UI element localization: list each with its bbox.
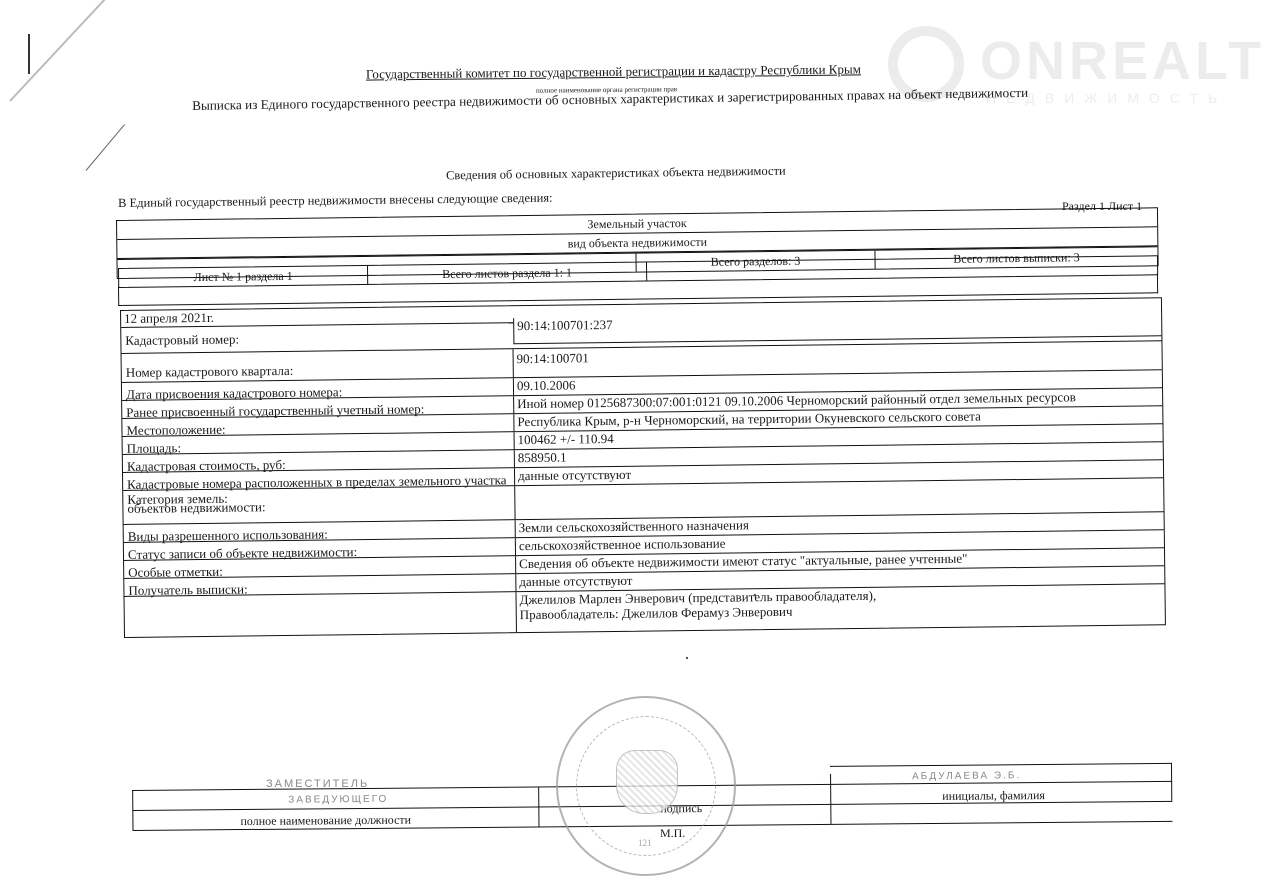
sig-vline <box>538 786 539 826</box>
row-label-empty <box>125 592 517 637</box>
sig-line <box>830 763 1172 767</box>
property-details-table: 12 апреля 2021г. Кадастровый номер: 90:1… <box>120 297 1166 638</box>
seal-number: 121 <box>638 838 652 848</box>
scan-artifact-line <box>28 34 30 74</box>
name-caption: инициалы, фамилия <box>942 788 1045 804</box>
sig-vline <box>830 774 831 824</box>
scan-speck <box>686 657 688 659</box>
row-label: Номер кадастрового квартала: <box>122 349 514 382</box>
watermark-brand: ONREALT <box>980 30 1265 92</box>
row-label: Категория земель: <box>123 486 515 524</box>
coat-of-arms-icon <box>616 750 678 814</box>
scan-artifact-line <box>86 124 125 171</box>
intro-text: В Единый государственный реестр недвижим… <box>118 191 553 211</box>
position-stamp-line-2: ЗАВЕДУЮЩЕГО <box>288 794 388 806</box>
name-stamp: АБДУЛАЕВА Э.Б. <box>912 770 1021 782</box>
sig-vline <box>1171 763 1172 801</box>
position-caption: полное наименование должности <box>240 813 411 829</box>
section-title: Сведения об основных характеристиках объ… <box>446 164 786 184</box>
row-label: Кадастровый номер: <box>121 322 513 349</box>
registration-authority: Государственный комитет по государственн… <box>366 61 861 82</box>
scan-speck <box>754 594 756 596</box>
row-value: Джелилов Марлен Энверович (представитель… <box>516 584 1164 632</box>
sig-vline <box>132 790 133 830</box>
seal-caption: М.П. <box>660 826 685 841</box>
scan-artifact-line <box>9 0 161 102</box>
official-seal: 121 <box>556 696 736 876</box>
